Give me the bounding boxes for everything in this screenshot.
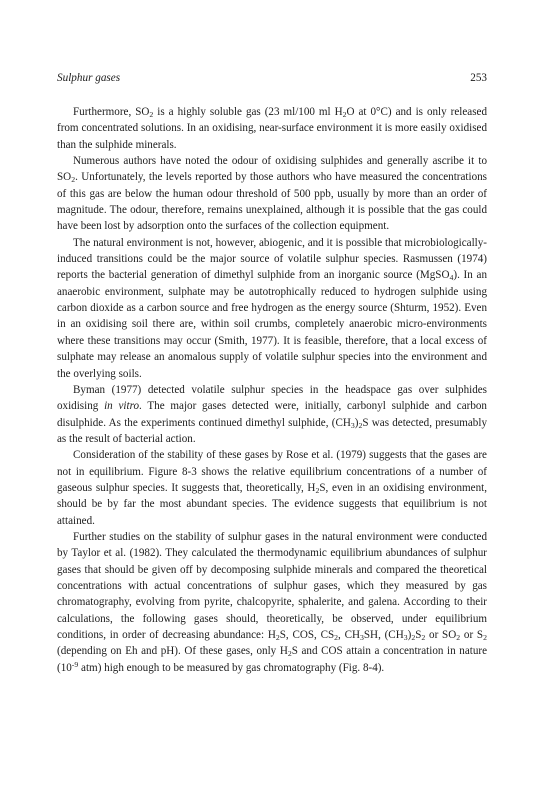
running-title: Sulphur gases	[57, 72, 120, 84]
paragraph-1: Furthermore, SO2 is a highly soluble gas…	[57, 104, 487, 153]
paragraph-4: Byman (1977) detected volatile sulphur s…	[57, 382, 487, 447]
paragraph-2: Numerous authors have noted the odour of…	[57, 153, 487, 235]
paragraph-5: Consideration of the stability of these …	[57, 447, 487, 529]
running-header: Sulphur gases 253	[57, 72, 487, 88]
paragraph-3: The natural environment is not, however,…	[57, 235, 487, 382]
document-page: Sulphur gases 253 Furthermore, SO2 is a …	[57, 72, 487, 676]
paragraph-6: Further studies on the stability of sulp…	[57, 529, 487, 676]
body-text: Furthermore, SO2 is a highly soluble gas…	[57, 104, 487, 676]
page-number: 253	[470, 72, 487, 84]
